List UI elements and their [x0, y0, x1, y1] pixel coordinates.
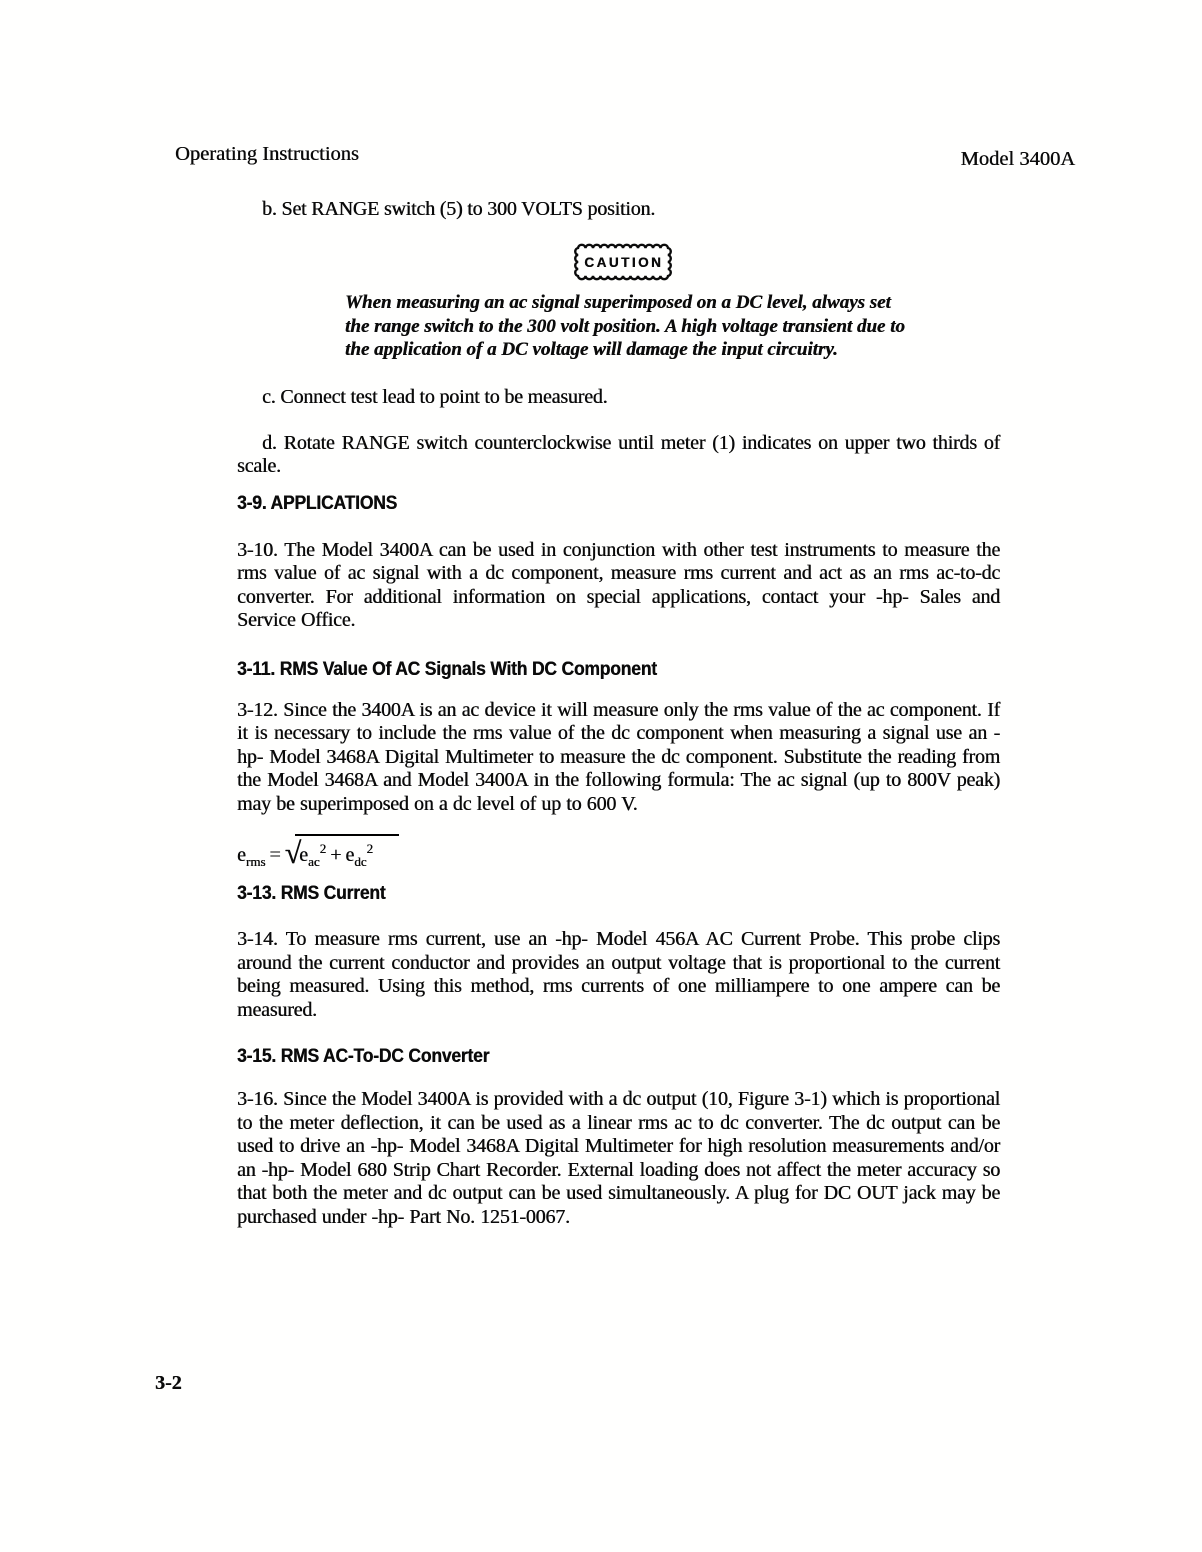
section-heading-applications: 3-9. APPLICATIONS	[237, 493, 939, 515]
step-c: c. Connect test lead to point to be meas…	[237, 385, 1000, 409]
caution-box: CAUTION	[570, 242, 676, 282]
formula-lhs-base: e	[237, 844, 246, 866]
caution-label: CAUTION	[570, 242, 676, 282]
section-heading-rms-ac-to-dc-converter: 3-15. RMS AC-To-DC Converter	[237, 1046, 939, 1068]
paragraph-3-12: 3-12. Since the 3400A is an ac device it…	[237, 699, 1000, 817]
radical-overline	[295, 834, 399, 836]
rms-formula: erms=√eac2+edc2	[237, 830, 1000, 868]
section-heading-rms-current: 3-13. RMS Current	[237, 883, 939, 905]
step-b: b. Set RANGE switch (5) to 300 VOLTS pos…	[237, 197, 1000, 221]
paragraph-3-14: 3-14. To measure rms current, use an -hp…	[237, 928, 1000, 1022]
page-body: b. Set RANGE switch (5) to 300 VOLTS pos…	[237, 0, 1000, 1229]
formula-term2-subscript: dc	[354, 854, 366, 869]
paragraph-3-16: 3-16. Since the Model 3400A is provided …	[237, 1088, 1000, 1229]
formula-term2-base: e	[345, 844, 354, 866]
formula-lhs-subscript: rms	[246, 854, 266, 869]
step-d: d. Rotate RANGE switch counterclockwise …	[237, 432, 1000, 479]
section-heading-rms-value-dc-component: 3-11. RMS Value Of AC Signals With DC Co…	[237, 659, 939, 681]
formula-term2-exponent: 2	[367, 841, 374, 856]
manual-scanned-page: Operating Instructions Model 3400A b. Se…	[0, 0, 1202, 1552]
page-number: 3-2	[155, 1372, 182, 1395]
caution-text: When measuring an ac signal superimposed…	[345, 291, 907, 362]
formula-term1-subscript: ac	[308, 854, 320, 869]
square-root-icon: √	[285, 837, 301, 870]
formula-equals-sign: =	[265, 844, 284, 866]
paragraph-3-10: 3-10. The Model 3400A can be used in con…	[237, 539, 1000, 633]
formula-plus-sign: +	[326, 844, 345, 866]
formula-radicand: eac2+edc2	[299, 844, 373, 866]
